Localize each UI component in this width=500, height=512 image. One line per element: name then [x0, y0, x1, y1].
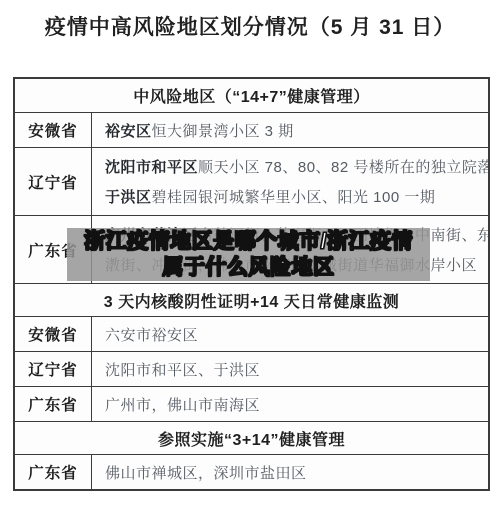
region-line: 沈阳市和平区顺天小区 78、80、82 号楼所在的独立院落， [105, 156, 488, 177]
table-row-guangdong-s3: 广东省 佛山市禅城区，深圳市盐田区 [15, 454, 488, 489]
page-title: 疫情中高风险地区划分情况（5 月 31 日） [0, 11, 500, 41]
section-header-3plus14: 参照实施“3+14”健康管理 [15, 421, 488, 454]
section-header-nucleic-monitoring: 3 天内核酸阴性证明+14 天日常健康监测 [15, 283, 488, 316]
risk-table: 中风险地区（“14+7”健康管理） 安微省 裕安区恒大御景湾小区 3 期 辽宁省… [13, 77, 490, 491]
province-cell: 广东省 [15, 455, 92, 489]
watermark-line-2: 属于什么风险地区 [163, 255, 335, 281]
province-cell: 广东省 [15, 387, 92, 421]
region-cell: 沈阳市和平区、于洪区 [92, 352, 488, 386]
region-cell: 佛山市禅城区，深圳市盐田区 [92, 455, 488, 489]
section-header-label: 3 天内核酸阴性证明+14 天日常健康监测 [104, 289, 399, 312]
section-header-label: 中风险地区（“14+7”健康管理） [133, 84, 370, 107]
region-line: 裕安区恒大御景湾小区 3 期 [105, 120, 488, 141]
region-cell: 沈阳市和平区顺天小区 78、80、82 号楼所在的独立院落， 于洪区碧桂园银河城… [92, 148, 488, 215]
table-row-anhui-s1: 安微省 裕安区恒大御景湾小区 3 期 [15, 112, 488, 147]
province-cell: 安微省 [15, 113, 92, 147]
region-cell: 六安市裕安区 [92, 317, 488, 351]
region-line: 于洪区碧桂园银河城繁华里小区、阳光 100 一期 [105, 186, 488, 207]
watermark-line-1: 浙江疫情地区是哪个城市/浙江疫情 [84, 229, 413, 255]
section-header-medium-risk: 中风险地区（“14+7”健康管理） [15, 79, 488, 112]
province-cell: 安微省 [15, 317, 92, 351]
table-row-liaoning-s2: 辽宁省 沈阳市和平区、于洪区 [15, 351, 488, 386]
table-row-anhui-s2: 安微省 六安市裕安区 [15, 316, 488, 351]
table-row-liaoning-s1: 辽宁省 沈阳市和平区顺天小区 78、80、82 号楼所在的独立院落， 于洪区碧桂… [15, 147, 488, 215]
watermark-overlay: 浙江疫情地区是哪个城市/浙江疫情 属于什么风险地区 [67, 228, 430, 281]
region-line: 沈阳市和平区、于洪区 [105, 359, 488, 380]
section-header-label: 参照实施“3+14”健康管理 [158, 427, 345, 450]
table-row-guangdong-s2: 广东省 广州市，佛山市南海区 [15, 386, 488, 421]
region-cell: 裕安区恒大御景湾小区 3 期 [92, 113, 488, 147]
province-cell: 辽宁省 [15, 148, 92, 215]
region-line: 六安市裕安区 [105, 324, 488, 345]
region-cell: 广州市，佛山市南海区 [92, 387, 488, 421]
region-line: 广州市，佛山市南海区 [105, 394, 488, 415]
region-line: 佛山市禅城区，深圳市盐田区 [105, 462, 488, 483]
province-cell: 辽宁省 [15, 352, 92, 386]
